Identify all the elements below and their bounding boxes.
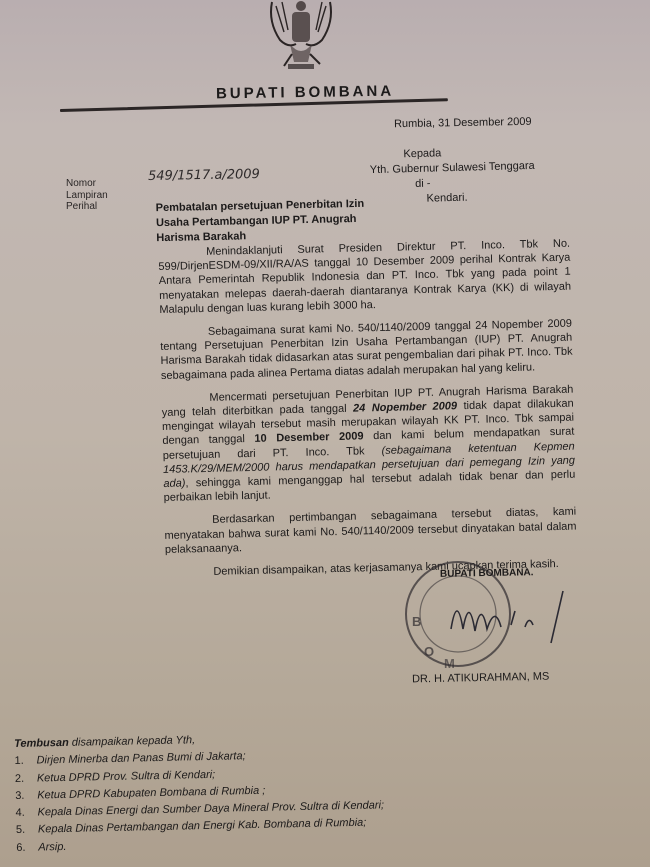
svg-text:M: M <box>444 656 455 671</box>
svg-text:O: O <box>424 644 434 659</box>
tembusan-block: Tembusan disampaikan kepada Yth, 1.Dirje… <box>14 728 385 857</box>
nomor-value: 549/1517.a/2009 <box>148 167 260 184</box>
place-date: Rumbia, 31 Desember 2009 <box>394 116 532 130</box>
perihal-label: Perihal <box>66 201 108 213</box>
tembusan-list: 1.Dirjen Minerba dan Panas Bumi di Jakar… <box>14 746 385 857</box>
lampiran-label: Lampiran <box>66 190 108 202</box>
recipient-city: Kendari. <box>370 189 535 208</box>
paragraph-3: Mencermati persetujuan Penerbitan IUP PT… <box>161 382 575 505</box>
paragraph-4: Berdasarkan pertimbangan sebagaimana ter… <box>164 505 577 557</box>
signature-title: BUPATI BOMBANA. <box>440 567 534 580</box>
paragraph-1: Menindaklanjuti Surat Presiden Direktur … <box>158 237 572 317</box>
svg-text:B: B <box>412 614 421 629</box>
meta-labels: Nomor Lampiran Perihal <box>66 178 108 213</box>
garuda-emblem-icon <box>262 0 340 78</box>
handwritten-signature-icon <box>445 585 605 645</box>
letter-page: BUPATI BOMBANA Rumbia, 31 Desember 2009 … <box>0 0 650 867</box>
letter-body: Menindaklanjuti Surat Presiden Direktur … <box>158 237 578 590</box>
recipient-block: Kepada Yth. Gubernur Sulawesi Tenggara d… <box>369 144 535 208</box>
perihal-value: Pembatalan persetujuan Penerbitan Izin U… <box>156 197 365 246</box>
paragraph-2: Sebagaimana surat kami No. 540/1140/2009… <box>160 317 573 383</box>
nomor-label: Nomor <box>66 178 108 190</box>
signer-name: DR. H. ATIKURAHMAN, MS <box>412 671 550 686</box>
